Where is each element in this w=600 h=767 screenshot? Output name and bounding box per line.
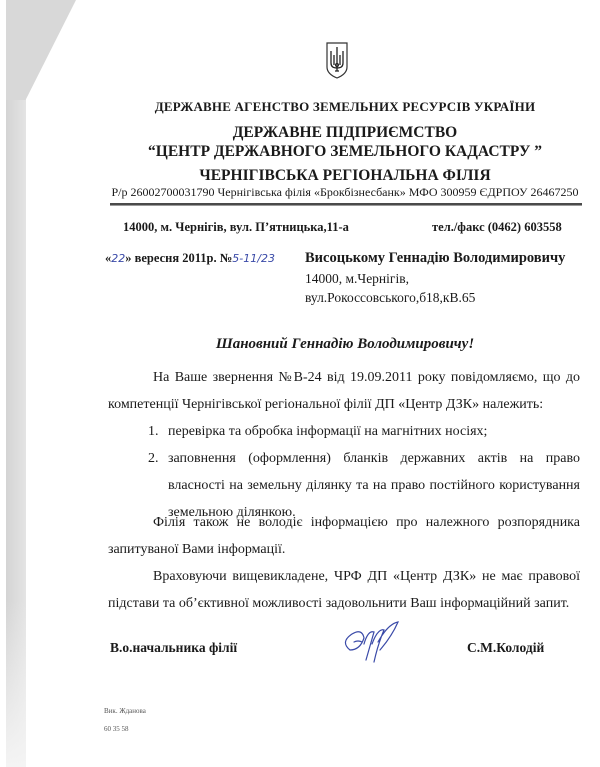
list-number: 2.	[148, 445, 159, 472]
recipient-street: вул.Рокоссовського,б18,кВ.65	[305, 290, 475, 306]
executor-name: Вик. Жданова	[104, 707, 146, 715]
outgoing-date-number: «22» вересня 2011р. №5-11/23	[105, 251, 275, 266]
list-item: 1. перевірка та обробка інформації на ма…	[148, 418, 580, 445]
list-text: перевірка та обробка інформації на магні…	[168, 424, 487, 439]
paragraph-no-info-text: Філія також не володіє інформацією про н…	[108, 515, 580, 557]
bank-details: Р/р 26002700031790 Чернігівська філія «Б…	[110, 185, 580, 200]
handwritten-number: 5-11/23	[232, 252, 275, 265]
letterhead-divider	[110, 203, 582, 206]
paragraph-request-text: На Ваше звернення №В-24 від 19.09.2011 р…	[108, 370, 580, 412]
paragraph-conclusion: Враховуючи вищевикладене, ЧРФ ДП «Центр …	[108, 563, 580, 617]
salutation: Шановний Геннадію Володимировичу!	[110, 336, 580, 353]
signatory-name: С.М.Колодій	[467, 640, 544, 656]
handwritten-signature-icon	[338, 620, 408, 668]
agency-name: ДЕРЖАВНЕ АГЕНСТВО ЗЕМЕЛЬНИХ РЕСУРСІВ УКР…	[110, 99, 580, 115]
branch-name: ЧЕРНІГІВСЬКА РЕГІОНАЛЬНА ФІЛІЯ	[110, 167, 580, 185]
paragraph-request: На Ваше звернення №В-24 від 19.09.2011 р…	[108, 364, 580, 418]
sender-phone: тел./факс (0462) 603558	[432, 220, 562, 235]
scan-corner	[6, 0, 76, 100]
enterprise-name: ДЕРЖАВНЕ ПІДПРИЄМСТВО “ЦЕНТР ДЕРЖАВНОГО …	[110, 123, 580, 161]
executor-phone: 60 35 58	[104, 725, 129, 733]
signatory-title: В.о.начальника філії	[110, 640, 237, 656]
recipient-name: Висоцькому Геннадію Володимировичу	[305, 250, 565, 267]
sender-address: 14000, м. Чернігів, вул. П’ятницька,11-а	[123, 220, 349, 235]
scan-edge-fade	[6, 600, 26, 767]
paragraph-no-info: Філія також не володіє інформацією про н…	[108, 509, 580, 563]
recipient-city: 14000, м.Чернігів,	[305, 271, 409, 287]
paragraph-conclusion-text: Враховуючи вищевикладене, ЧРФ ДП «Центр …	[108, 569, 580, 611]
trident-emblem-icon	[325, 41, 349, 79]
handwritten-day: 22	[111, 252, 125, 265]
date-rest: » вересня 2011р. №	[125, 251, 232, 265]
enterprise-line-1: ДЕРЖАВНЕ ПІДПРИЄМСТВО	[110, 123, 580, 142]
list-number: 1.	[148, 418, 159, 445]
enterprise-line-2: “ЦЕНТР ДЕРЖАВНОГО ЗЕМЕЛЬНОГО КАДАСТРУ ”	[110, 142, 580, 161]
